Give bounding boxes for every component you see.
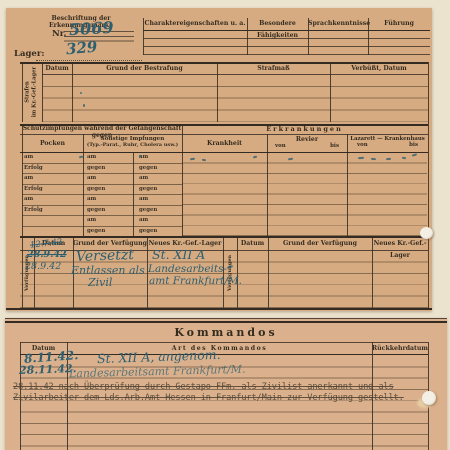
col-header-pocken: Pocken: [22, 135, 83, 152]
card-top-border: [5, 321, 447, 323]
col-header-revier: Revier: [267, 136, 347, 143]
ink-mark: [83, 104, 85, 107]
impf-cell: gegen: [137, 206, 182, 216]
impf-row: Erfolggegengegen: [22, 164, 182, 175]
impf-cell: am: [85, 195, 137, 205]
impf-cell: am: [137, 195, 182, 205]
grid-line: [22, 62, 23, 122]
grid-line: [428, 62, 429, 309]
col-header-sprachkenntnisse: Sprachkenntnisse: [308, 18, 368, 30]
handwritten-neues-lager: amt Frankfurt/M.: [149, 275, 242, 287]
handwritten-date: 28.9.42: [27, 249, 67, 260]
strafen-empty-rows: [42, 75, 428, 122]
impf-cell: gegen: [85, 227, 137, 237]
col-header-verbuesst: Verbüßt, Datum: [330, 64, 428, 74]
impf-row: amamam: [22, 195, 182, 206]
col-header-grund-verfuegung: Grund der Verfügung: [268, 238, 372, 250]
impf-row: Erfolggegengegen: [22, 206, 182, 217]
impf-cell: am: [22, 174, 85, 184]
record-card-front: Beschriftung der Erkennungsmarke Nr. 506…: [6, 8, 432, 311]
impf-cell: Erfolg: [22, 206, 85, 216]
col-header-grund-bestrafung: Grund der Bestrafung: [72, 64, 217, 74]
impf-cell: Erfolg: [22, 185, 85, 195]
grid-line: [267, 134, 268, 236]
typed-note-line1: 28.11.42 nach Überprüfung durch Gestapo …: [13, 382, 394, 392]
grid-line: [247, 18, 248, 55]
strafen-side-label: Strafen im Kr.-Gef.-Lager: [20, 62, 42, 122]
col-header-datum: Datum: [237, 238, 268, 250]
impf-cell: am: [137, 216, 182, 226]
erkrankungen-empty-rows: [182, 153, 427, 236]
handwritten-tag-number: 5069: [69, 18, 114, 39]
kommandos-title: Kommandos: [5, 326, 447, 339]
impf-cell: am: [22, 195, 85, 205]
handwritten-grund: Versetzt: [76, 247, 134, 265]
impf-cell: gegen: [137, 164, 182, 174]
scanned-pow-record: Beschriftung der Erkennungsmarke Nr. 506…: [0, 0, 450, 450]
revier-von-label: von: [275, 143, 286, 149]
col-header-krankheit: Krankheit: [182, 135, 267, 152]
impf-cell: am: [85, 174, 137, 184]
card-top-border: [5, 318, 447, 319]
grid-line: [330, 62, 331, 122]
impf-row: Erfolggegengegen: [22, 185, 182, 196]
impf-row: amamam: [22, 174, 182, 185]
impf-cell: gegen: [137, 185, 182, 195]
kommandos-card: Kommandos Datum Art des Kommandos Rückke…: [5, 318, 447, 450]
handwritten-grund: Zivil: [88, 276, 112, 289]
handwritten-neues-lager: Landesarbeits-: [148, 263, 227, 275]
impf-cell: am: [85, 216, 137, 226]
ink-mark: [80, 92, 82, 94]
col-header-datum: Datum: [42, 64, 72, 74]
grid-line: [72, 62, 73, 122]
impf-cell: gegen: [137, 227, 182, 237]
grid-line: [217, 62, 218, 122]
impf-row: amamam: [22, 153, 182, 164]
erkrankungen-title: Erkrankungen: [182, 125, 427, 133]
lazarett-bis-label: bis: [409, 142, 418, 148]
grid-line: [22, 124, 23, 236]
col-header-strafmass: Strafmaß: [217, 64, 330, 74]
traits-empty-rows: [143, 31, 430, 55]
col-header-rueckkehrdatum: Rückkehrdatum: [372, 343, 428, 354]
handwritten-neues-lager: St. XII A: [152, 247, 205, 262]
col-header-charakter: Charaktereigenschaften u. a.: [143, 18, 247, 30]
punch-hole: [420, 227, 433, 239]
grid-line: [133, 153, 134, 236]
ink-mark: [139, 155, 142, 157]
handwritten-lager-number: 329: [65, 38, 98, 59]
impf-cell: am: [85, 153, 137, 163]
grid-line: [182, 124, 183, 236]
col-header-fuehrung: Führung: [368, 18, 430, 30]
grid-line: [347, 134, 348, 236]
impf-cell: am: [22, 153, 85, 163]
impfungen-grid: amamam Erfolggegengegen amamam Erfolggeg…: [22, 153, 182, 236]
impf-cell: [22, 216, 85, 226]
impf-row: gegengegen: [22, 227, 182, 237]
impf-cell: gegen: [85, 185, 137, 195]
grid-line: [368, 18, 369, 55]
punch-hole: [422, 391, 436, 405]
impf-cell: gegen: [85, 164, 137, 174]
ink-mark: [202, 159, 206, 161]
impf-cell: Erfolg: [22, 164, 85, 174]
col-header-sonstige-sub: (Typ.-Parat., Ruhr, Cholera usw.): [83, 142, 182, 148]
card-bottom-border: [6, 308, 432, 310]
impf-cell: gegen: [85, 206, 137, 216]
grid-line: [83, 134, 84, 236]
typed-note-line2: Zivilarbeiter dem Lds.Arb.Amt Hessen in …: [13, 393, 404, 403]
strafen-label-line2: im Kr.-Gef.-Lager: [31, 67, 38, 117]
handwritten-date: 28.9.42: [25, 261, 61, 272]
grid-line: [308, 18, 309, 55]
impf-row: amam: [22, 216, 182, 227]
impf-cell: am: [137, 174, 182, 184]
revier-bis-label: bis: [330, 143, 339, 149]
lazarett-von-label: von: [357, 142, 368, 148]
impf-cell: am: [137, 153, 182, 163]
impf-cell: [22, 227, 85, 237]
